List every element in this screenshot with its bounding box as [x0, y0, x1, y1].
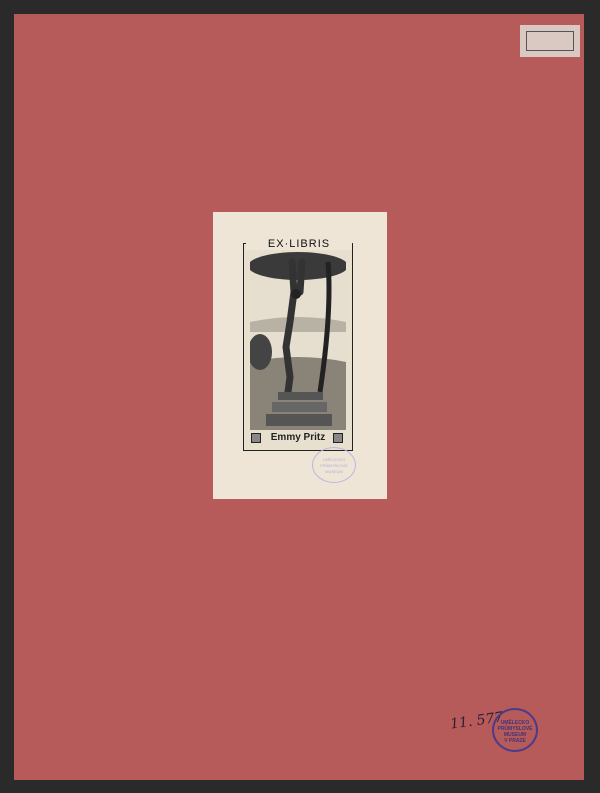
stamp-line: V PRAZE: [494, 738, 536, 744]
label-slip-border: [526, 31, 574, 51]
bookplate-illustration: [250, 252, 346, 430]
stamp-line: MUSEUM: [313, 469, 355, 475]
label-slip: [520, 25, 580, 57]
ex-libris-header: EX·LIBRIS: [246, 238, 352, 250]
ornament-right-icon: [333, 433, 343, 443]
museum-stamp-board: UMĚLECKO PRŮMYSLOVÉ MUSEUM V PRAZE: [492, 708, 538, 752]
museum-stamp-card: UMĚLECKO PRŮMYSLOVÉ MUSEUM: [312, 447, 356, 483]
